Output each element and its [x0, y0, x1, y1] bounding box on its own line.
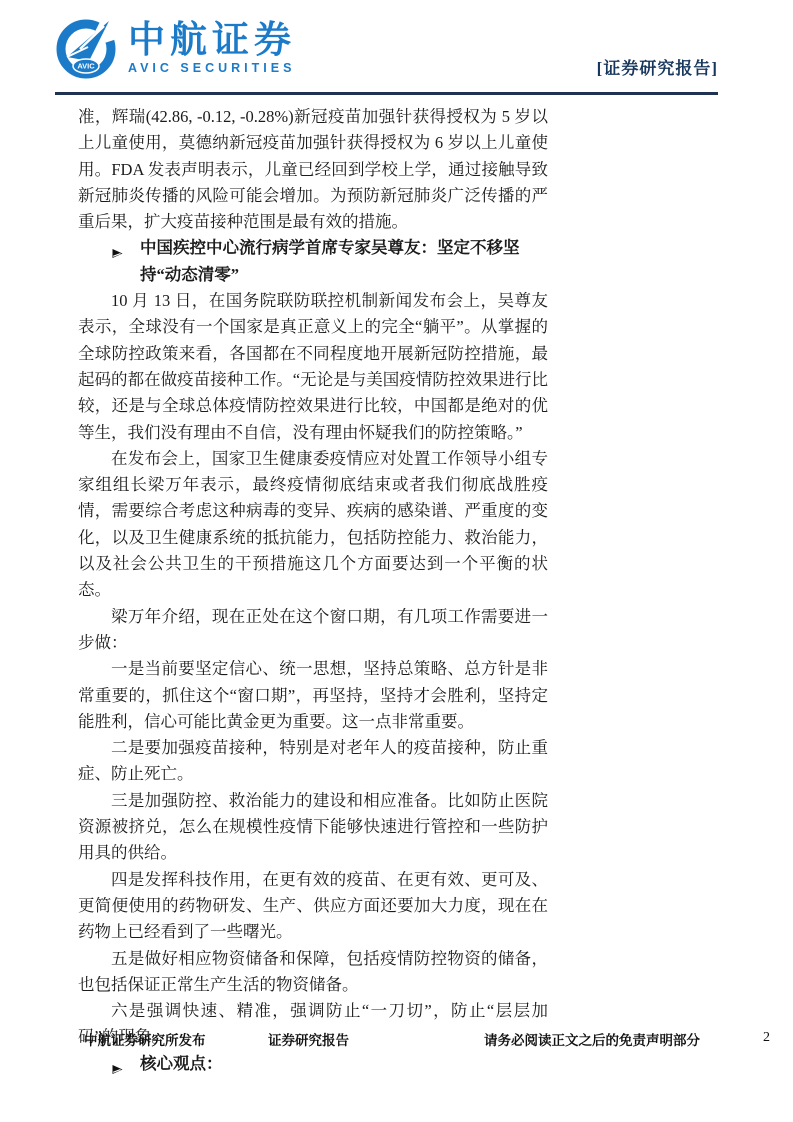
paragraph: 五是做好相应物资储备和保障，包括疫情防控物资的储备，也包括保证正常生产生活的物资…	[78, 946, 548, 999]
section-heading-text: 中国疾控中心流行病学首席专家吴尊友：坚定不移坚持“动态清零”	[140, 238, 520, 283]
section-heading: 中国疾控中心流行病学首席专家吴尊友：坚定不移坚持“动态清零”	[78, 235, 548, 288]
section-heading: 核心观点：	[78, 1051, 548, 1077]
avic-logo-badge-text: AVIC	[77, 62, 95, 71]
paragraph: 一是当前要坚定信心、统一思想，坚持总策略、总方针是非常重要的，抓住这个“窗口期”…	[78, 656, 548, 735]
brand-text-block: 中航证券 AVIC SECURITIES	[128, 20, 296, 76]
header-brand: AVIC 中航证券 AVIC SECURITIES	[54, 16, 296, 80]
report-page: AVIC 中航证券 AVIC SECURITIES [证券研究报告] 准，辉瑞(…	[0, 0, 793, 1122]
avic-logo-icon: AVIC	[54, 16, 118, 80]
report-body: 准，辉瑞(42.86, -0.12, -0.28%)新冠疫苗加强针获得授权为 5…	[78, 104, 548, 1077]
paragraph: 二是要加强疫苗接种，特别是对老年人的疫苗接种，防止重症、防止死亡。	[78, 735, 548, 788]
footer-disclaimer: 请务必阅读正文之后的免责声明部分	[484, 1029, 700, 1049]
paragraph: 四是发挥科技作用，在更有效的疫苗、在更有效、更可及、更简便使用的药物研发、生产、…	[78, 867, 548, 946]
page-number: 2	[763, 1030, 770, 1046]
paragraph: 10 月 13 日，在国务院联防联控机制新闻发布会上，吴尊友表示，全球没有一个国…	[78, 288, 548, 446]
report-tag: [证券研究报告]	[597, 54, 718, 79]
paragraph: 准，辉瑞(42.86, -0.12, -0.28%)新冠疫苗加强针获得授权为 5…	[78, 104, 548, 235]
section-heading-text: 核心观点：	[140, 1054, 223, 1073]
brand-name-en: AVIC SECURITIES	[128, 61, 296, 76]
brand-name-cn: 中航证券	[128, 20, 296, 60]
header-divider	[55, 92, 718, 95]
paragraph: 在发布会上，国家卫生健康委疫情应对处置工作领导小组专家组组长梁万年表示，最终疫情…	[78, 446, 548, 604]
paragraph: 梁万年介绍，现在正处在这个窗口期，有几项工作需要进一步做：	[78, 604, 548, 657]
arrow-bullet-icon	[111, 242, 124, 255]
footer-publisher: 中航证券研究所发布	[84, 1029, 206, 1049]
arrow-bullet-icon	[111, 1058, 124, 1071]
paragraph: 三是加强防控、救治能力的建设和相应准备。比如防止医院资源被挤兑，怎么在规模性疫情…	[78, 788, 548, 867]
footer-report-type: 证券研究报告	[268, 1029, 349, 1049]
